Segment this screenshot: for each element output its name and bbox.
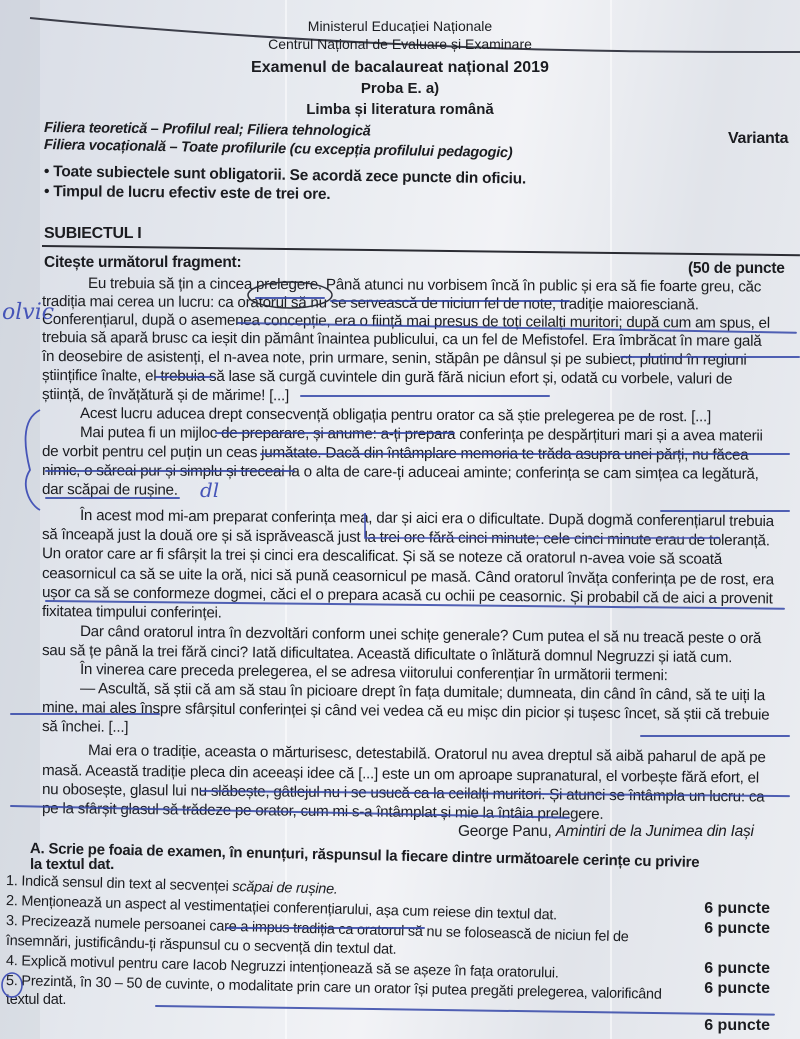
filiera-line-2: Filiera vocațională – Toate profilurile … [44,137,513,161]
rule-2: • Timpul de lucru efectiv este de trei o… [44,183,331,204]
section-title: SUBIECTUL I [44,225,141,243]
varianta-label: Varianta [728,130,788,148]
source-citation: George Panu, Amintiri de la Junimea din … [458,823,754,841]
ministry-title: Ministerul Educației Naționale [0,18,800,34]
source-title: Amintiri de la Junimea din Iași [556,823,754,840]
pen-underline [155,1005,775,1016]
question-5: 5. Prezintă, în 30 – 50 de cuvinte, o mo… [6,973,662,1003]
center-title: Centrul Național de Evaluare și Examinar… [0,36,800,52]
pen-underline [640,735,790,737]
exam-title: Examenul de bacalaureat național 2019 [0,59,800,77]
points-q1: 6 puncte [704,900,770,918]
filiera-line-1: Filiera teoretică – Profilul real; Filie… [44,120,371,139]
pen-underline [225,927,425,929]
part-a-intro-2: la textul dat. [30,856,114,873]
text-line: să închei. [...] [42,718,129,736]
points-q3: 6 puncte [704,960,770,978]
points-q5: 6 puncte [704,1017,770,1035]
subject-title: Limba și literatura română [0,101,800,118]
proba-title: Proba E. a) [0,80,800,97]
pen-underline [10,713,160,715]
points-q2: 6 puncte [704,920,770,938]
q1-italic: scăpai de rușine. [232,879,338,898]
circled-number-icon [0,965,60,1005]
part-a-intro: A. Scrie pe foaia de examen, în enunțuri… [30,840,700,871]
text-line: Mai era o tradiție, aceasta o mărturises… [88,742,766,766]
pen-annotations [0,270,800,600]
text-line: fixitatea timpului conferinței. [42,603,222,622]
source-author: George Panu, [458,823,556,840]
points-q4: 6 puncte [704,980,770,998]
